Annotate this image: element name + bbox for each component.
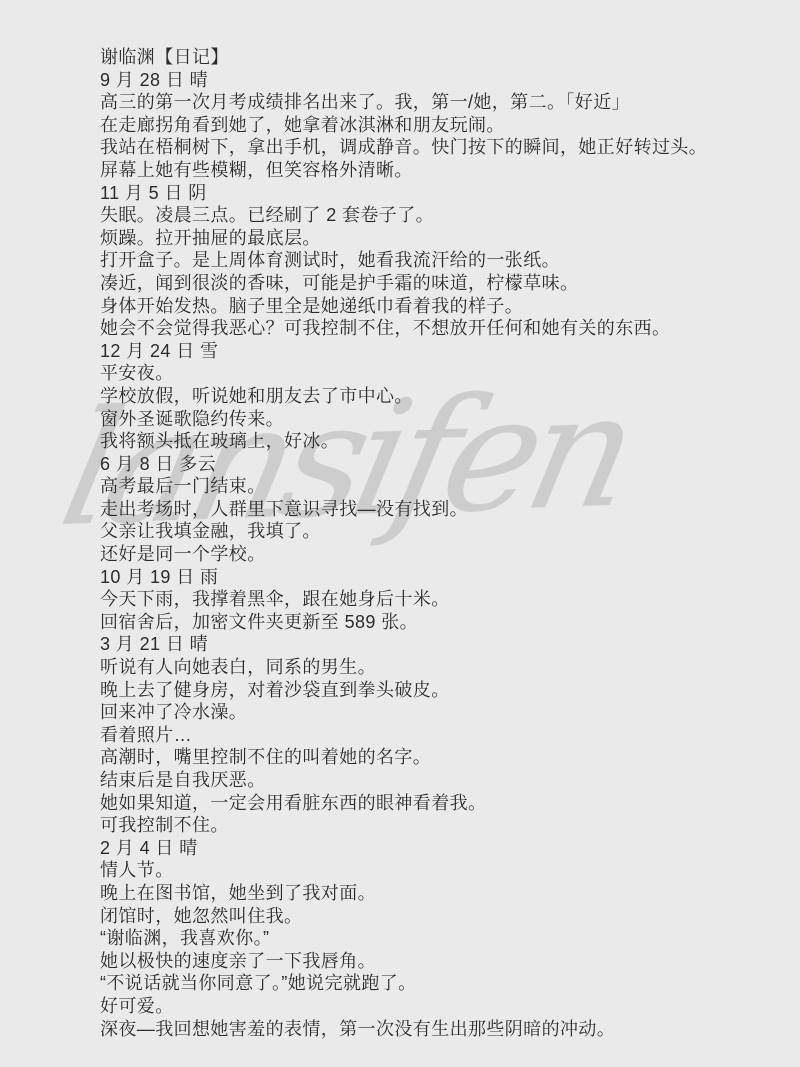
diary-line: 失眠。凌晨三点。已经刷了 2 套卷子了。 — [100, 204, 740, 227]
diary-line: 她会不会觉得我恶心？可我控制不住，不想放开任何和她有关的东西。 — [100, 317, 740, 340]
diary-line: 身体开始发热。脑子里全是她递纸巾看着我的样子。 — [100, 295, 740, 318]
diary-line: 今天下雨，我撑着黑伞，跟在她身后十米。 — [100, 588, 740, 611]
diary-lines: 9 月 28 日 晴高三的第一次月考成绩排名出来了。我，第一/她，第二。「好近」… — [100, 69, 740, 1041]
diary-line: 回宿舍后，加密文件夹更新至 589 张。 — [100, 611, 740, 634]
diary-line: 我将额头抵在玻璃上，好冰。 — [100, 430, 740, 453]
diary-line: 打开盒子。是上周体育测试时，她看我流汗给的一张纸。 — [100, 249, 740, 272]
diary-line: 2 月 4 日 晴 — [100, 837, 740, 860]
diary-line: 还好是同一个学校。 — [100, 543, 740, 566]
diary-line: 好可爱。 — [100, 995, 740, 1018]
diary-line: 可我控制不住。 — [100, 814, 740, 837]
diary-line: 6 月 8 日 多云 — [100, 453, 740, 476]
diary-line: 10 月 19 日 雨 — [100, 566, 740, 589]
diary-line: 她以极快的速度亲了一下我唇角。 — [100, 950, 740, 973]
diary-line: 晚上在图书馆，她坐到了我对面。 — [100, 882, 740, 905]
diary-line: 情人节。 — [100, 859, 740, 882]
diary-line: 看着照片… — [100, 724, 740, 747]
page-title: 谢临渊【日记】 — [100, 46, 740, 69]
diary-line: 听说有人向她表白，同系的男生。 — [100, 656, 740, 679]
diary-line: 高潮时，嘴里控制不住的叫着她的名字。 — [100, 746, 740, 769]
diary-line: 11 月 5 日 阴 — [100, 182, 740, 205]
diary-line: “谢临渊，我喜欢你。” — [100, 927, 740, 950]
diary-line: 屏幕上她有些模糊，但笑容格外清晰。 — [100, 159, 740, 182]
diary-line: 12 月 24 日 雪 — [100, 340, 740, 363]
diary-line: 闭馆时，她忽然叫住我。 — [100, 905, 740, 928]
diary-line: 凑近，闻到很淡的香味，可能是护手霜的味道，柠檬草味。 — [100, 272, 740, 295]
diary-line: 窗外圣诞歌隐约传来。 — [100, 408, 740, 431]
diary-page: lansifen 谢临渊【日记】 9 月 28 日 晴高三的第一次月考成绩排名出… — [0, 0, 800, 1067]
diary-line: 她如果知道，一定会用看脏东西的眼神看着我。 — [100, 792, 740, 815]
diary-line: 学校放假，听说她和朋友去了市中心。 — [100, 385, 740, 408]
diary-line: 平安夜。 — [100, 362, 740, 385]
diary-line: 深夜—我回想她害羞的表情，第一次没有生出那些阴暗的冲动。 — [100, 1018, 740, 1041]
diary-line: 结束后是自我厌恶。 — [100, 769, 740, 792]
diary-line: 烦躁。拉开抽屉的最底层。 — [100, 227, 740, 250]
diary-line: 回来冲了冷水澡。 — [100, 701, 740, 724]
diary-line: 我站在梧桐树下，拿出手机，调成静音。快门按下的瞬间，她正好转过头。 — [100, 136, 740, 159]
diary-line: 3 月 21 日 晴 — [100, 633, 740, 656]
diary-text-block: 谢临渊【日记】 9 月 28 日 晴高三的第一次月考成绩排名出来了。我，第一/她… — [100, 46, 740, 1040]
diary-line: 晚上去了健身房，对着沙袋直到拳头破皮。 — [100, 679, 740, 702]
diary-line: 高三的第一次月考成绩排名出来了。我，第一/她，第二。「好近」 — [100, 91, 740, 114]
diary-line: 在走廊拐角看到她了，她拿着冰淇淋和朋友玩闹。 — [100, 114, 740, 137]
diary-line: “不说话就当你同意了。”她说完就跑了。 — [100, 972, 740, 995]
diary-line: 走出考场时，人群里下意识寻找—没有找到。 — [100, 498, 740, 521]
diary-line: 9 月 28 日 晴 — [100, 69, 740, 92]
diary-line: 父亲让我填金融，我填了。 — [100, 520, 740, 543]
diary-line: 高考最后一门结束。 — [100, 475, 740, 498]
